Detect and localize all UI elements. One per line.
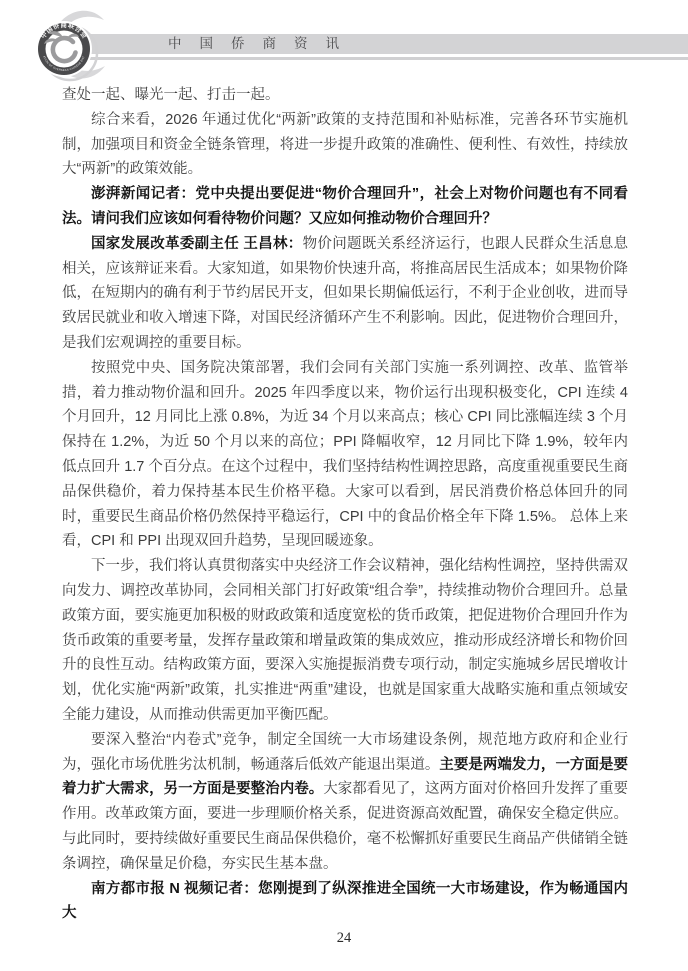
- banner-title: 中国侨商资讯: [168, 34, 357, 54]
- bold-text-segment: 澎湃新闻记者：党中央提出要促进“物价合理回升”，社会上对物价问题也有不同看法。请…: [62, 186, 628, 227]
- page-number: 24: [0, 930, 688, 947]
- paragraph: 查处一起、曝光一起、打击一起。: [62, 83, 628, 108]
- paragraph: 按照党中央、国务院决策部署，我们会同有关部门实施一系列调控、改革、监管举措，着力…: [62, 356, 628, 554]
- paragraph: 下一步，我们将认真贯彻落实中央经济工作会议精神，强化结构性调控，坚持供需双向发力…: [62, 554, 628, 728]
- paragraph: 南方都市报 N 视频记者：您刚提到了纵深推进全国统一大市场建设，作为畅通国内大: [62, 877, 628, 927]
- paragraph: 国家发展改革委副主任 王昌林：物价问题既关系经济运行，也跟人民群众生活息息相关，…: [62, 232, 628, 356]
- paragraph: 要深入整治“内卷式”竞争，制定全国统一大市场建设条例，规范地方政府和企业行为，强…: [62, 728, 628, 877]
- document-page: 中国侨商资讯 中国侨商联合会 CHINA FEDERATION OF OVERS…: [0, 0, 688, 971]
- body-text-segment: 按照党中央、国务院决策部署，我们会同有关部门实施一系列调控、改革、监管举措，着力…: [62, 360, 628, 550]
- body-text-segment: 综合来看，2026 年通过优化“两新”政策的支持范围和补贴标准，完善各环节实施机…: [62, 112, 628, 178]
- bold-text-segment: 南方都市报 N 视频记者：您刚提到了纵深推进全国统一大市场建设，作为畅通国内大: [62, 881, 628, 922]
- header-banner-bar: 中国侨商资讯: [60, 34, 688, 54]
- bold-text-segment: 国家发展改革委副主任 王昌林：: [91, 236, 303, 252]
- body-text-segment: 查处一起、曝光一起、打击一起。: [62, 87, 280, 103]
- paragraph: 综合来看，2026 年通过优化“两新”政策的支持范围和补贴标准，完善各环节实施机…: [62, 108, 628, 182]
- article: 查处一起、曝光一起、打击一起。综合来看，2026 年通过优化“两新”政策的支持范…: [62, 83, 628, 926]
- organization-logo: 中国侨商联合会 CHINA FEDERATION OF OVERSEAS CHI…: [26, 5, 106, 87]
- paragraph: 澎湃新闻记者：党中央提出要促进“物价合理回升”，社会上对物价问题也有不同看法。请…: [62, 182, 628, 232]
- body-text-segment: 下一步，我们将认真贯彻落实中央经济工作会议精神，强化结构性调控，坚持供需双向发力…: [62, 558, 628, 723]
- header-rule-line: [60, 57, 688, 60]
- body-text-segment: 物价问题既关系经济运行，也跟人民群众生活息息相关，应该辩证来看。大家知道，如果物…: [62, 236, 628, 351]
- logo-seal-icon: 中国侨商联合会 CHINA FEDERATION OF OVERSEAS CHI…: [26, 5, 106, 87]
